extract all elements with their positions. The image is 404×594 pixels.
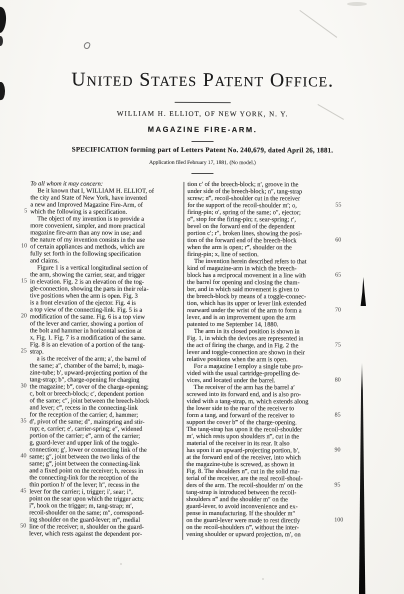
column-divider-rule bbox=[182, 182, 184, 540]
invention-title: MAGAZINE FIRE-ARM. bbox=[1, 124, 404, 134]
margin-line-number: 60 bbox=[335, 237, 349, 244]
patent-page-scan: United States Patent Office. WILLIAM H. … bbox=[0, 0, 404, 594]
specification-line: SPECIFICATION forming part of Letters Pa… bbox=[1, 146, 404, 154]
line-text: strap. bbox=[30, 348, 44, 355]
margin-line-number: 80 bbox=[335, 377, 349, 384]
inventor-byline: WILLIAM H. ELLIOT, OF NEW YORK, N. Y. bbox=[1, 109, 404, 118]
margin-line-number: 90 bbox=[334, 447, 348, 454]
margin-line-number: 20 bbox=[15, 313, 27, 320]
body-columns: To all whom it may concern:Be it known t… bbox=[16, 180, 333, 540]
patent-office-title: United States Patent Office. bbox=[1, 69, 404, 92]
margin-line-number: 85 bbox=[335, 412, 349, 419]
body-text-line: vening shoulder or upward projection, m′… bbox=[186, 531, 332, 539]
margin-line-number: 70 bbox=[335, 307, 349, 314]
margin-line-number: 55 bbox=[335, 202, 349, 209]
line-text: vening shoulder or upward projection, m′… bbox=[186, 531, 301, 538]
margin-line-number: 45 bbox=[14, 488, 26, 495]
margin-line-number: 50 bbox=[14, 523, 26, 530]
divider-rule bbox=[175, 102, 231, 103]
printed-content: United States Patent Office. WILLIAM H. … bbox=[0, 0, 404, 594]
margin-line-number: 15 bbox=[15, 278, 27, 285]
divider-rule bbox=[192, 141, 214, 142]
body-text-line: lever, which rests against the dependent… bbox=[29, 530, 179, 538]
divider-rule bbox=[191, 173, 213, 174]
margin-line-number: 35 bbox=[15, 418, 27, 425]
margin-line-number: 95 bbox=[334, 482, 348, 489]
margin-line-number: 40 bbox=[14, 453, 26, 460]
application-line: Application filed February 17, 1881. (No… bbox=[0, 159, 404, 166]
margin-line-number: 100 bbox=[334, 517, 348, 524]
margin-line-number: 10 bbox=[15, 243, 27, 250]
margin-line-number: 25 bbox=[15, 348, 27, 355]
margin-line-number: 5 bbox=[15, 208, 27, 215]
line-text: lever, which rests against the dependent… bbox=[29, 530, 142, 537]
left-column: To all whom it may concern:Be it known t… bbox=[29, 180, 180, 538]
margin-line-number: 75 bbox=[335, 342, 349, 349]
margin-line-number: 30 bbox=[15, 383, 27, 390]
right-column: tion c′ of the breech-block; n′, groove … bbox=[186, 181, 333, 539]
margin-line-number: 65 bbox=[335, 272, 349, 279]
